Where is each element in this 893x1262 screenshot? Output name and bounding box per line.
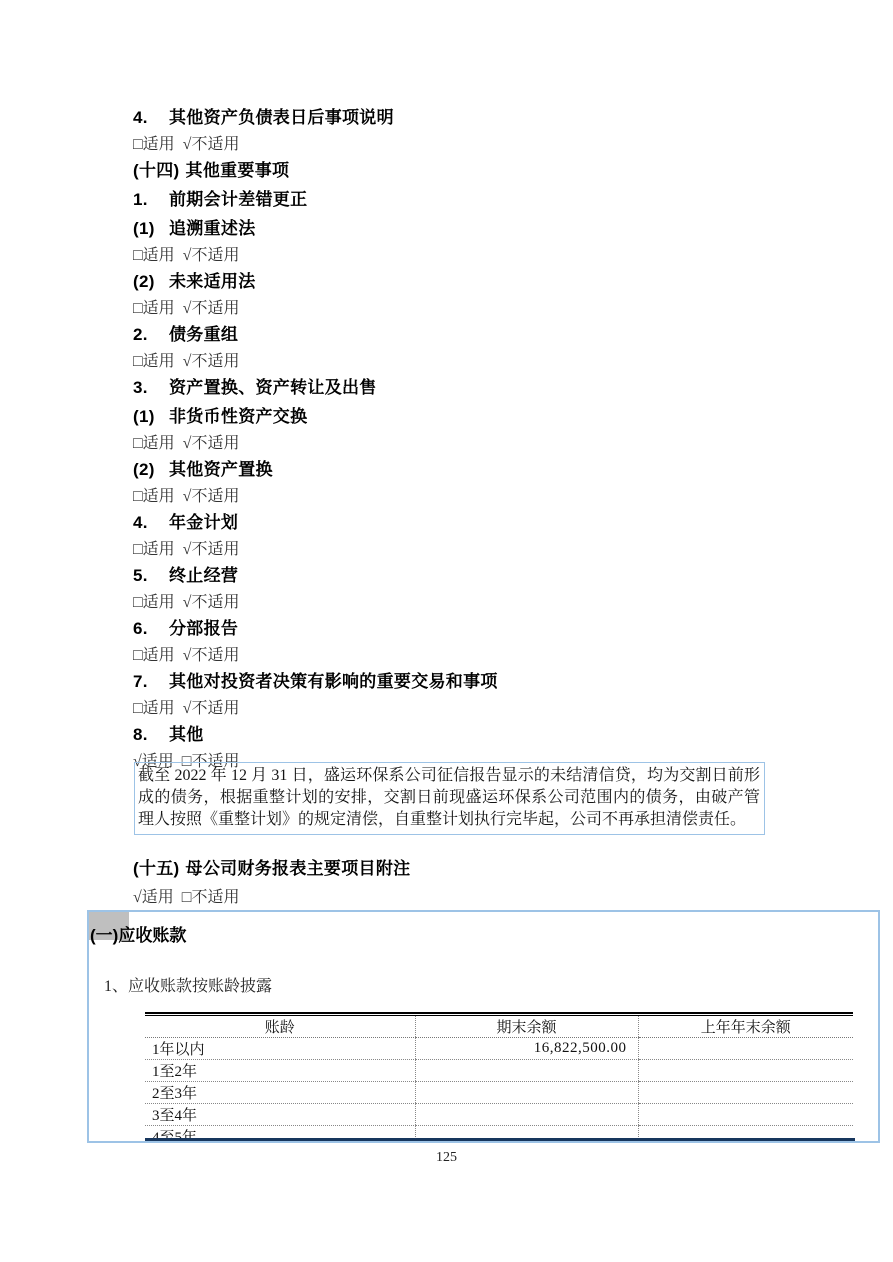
applicability-text: √适用 □不适用: [133, 889, 239, 906]
heading-text: 其他资产置换: [169, 460, 273, 479]
outline-heading: (1)追溯重述法: [133, 218, 869, 240]
applicability-line: □适用 √不适用: [133, 136, 869, 153]
applicability-text: □适用 √不适用: [133, 136, 239, 153]
receivables-section-box: (一)应收账款 1、应收账款按账龄披露 账龄期末余额上年年末余额 1年以内16,…: [87, 910, 880, 1143]
outline-heading: (2)未来适用法: [133, 271, 869, 293]
applicability-line: √适用 □不适用: [133, 889, 410, 906]
heading-number: 6.: [133, 618, 163, 640]
heading-text: 资产置换、资产转让及出售: [169, 378, 377, 397]
outline-heading: (2)其他资产置换: [133, 459, 869, 481]
document-page: 4.其他资产负债表日后事项说明□适用 √不适用(十四)其他重要事项1.前期会计差…: [0, 0, 893, 1262]
outline-heading: (十四)其他重要事项: [133, 160, 869, 182]
heading-text: 债务重组: [169, 325, 238, 344]
applicability-text: □适用 √不适用: [133, 594, 239, 611]
outline-heading: 4.年金计划: [133, 512, 869, 534]
heading-number: (十五): [133, 858, 180, 880]
applicability-line: □适用 √不适用: [133, 488, 869, 505]
page-number: 125: [0, 1150, 893, 1166]
heading-text: 其他对投资者决策有影响的重要交易和事项: [169, 672, 498, 691]
heading-number: 4.: [133, 512, 163, 534]
ageing-table-header-row: 账龄期末余额上年年末余额: [145, 1016, 853, 1038]
applicability-line: □适用 √不适用: [133, 353, 869, 370]
applicability-line: □适用 √不适用: [133, 247, 869, 264]
column-header: 账龄: [145, 1016, 415, 1038]
note-box: 截至 2022 年 12 月 31 日，盛运环保系公司征信报告显示的未结清信贷，…: [134, 762, 765, 835]
amount-cell: [638, 1038, 853, 1060]
heading-number: 5.: [133, 565, 163, 587]
column-header: 期末余额: [415, 1016, 638, 1038]
amount-cell: [638, 1104, 853, 1126]
section-15: (十五)母公司财务报表主要项目附注 √适用 □不适用: [133, 851, 410, 913]
applicability-text: □适用 √不适用: [133, 247, 239, 264]
outline-heading: 8.其他: [133, 724, 869, 746]
heading-number: (1): [133, 406, 163, 428]
outline-heading: 6.分部报告: [133, 618, 869, 640]
table-row: 1年以内16,822,500.00: [145, 1038, 853, 1060]
heading-text: 分部报告: [169, 619, 238, 638]
column-header: 上年年末余额: [638, 1016, 853, 1038]
amount-cell: [638, 1060, 853, 1082]
heading-number: 7.: [133, 671, 163, 693]
applicability-text: □适用 √不适用: [133, 300, 239, 317]
amount-cell: [638, 1082, 853, 1104]
amount-cell: [415, 1082, 638, 1104]
amount-cell: [415, 1104, 638, 1126]
heading-number: 8.: [133, 724, 163, 746]
heading-number: (2): [133, 459, 163, 481]
ageing-table-wrap: 账龄期末余额上年年末余额 1年以内16,822,500.001至2年2至3年3至…: [145, 1012, 853, 1143]
heading-text: 年金计划: [169, 513, 238, 532]
ageing-table-body: 1年以内16,822,500.001至2年2至3年3至4年4至5年: [145, 1038, 853, 1144]
heading-text: 其他资产负债表日后事项说明: [169, 108, 394, 127]
applicability-text: □适用 √不适用: [133, 435, 239, 452]
applicability-line: □适用 √不适用: [133, 435, 869, 452]
applicability-text: □适用 √不适用: [133, 488, 239, 505]
heading-number: 4.: [133, 107, 163, 129]
heading-number: 1.: [133, 189, 163, 211]
applicability-line: □适用 √不适用: [133, 300, 869, 317]
outline-heading: 5.终止经营: [133, 565, 869, 587]
note-text: 截至 2022 年 12 月 31 日，盛运环保系公司征信报告显示的未结清信贷，…: [138, 767, 760, 828]
ageing-table: 账龄期末余额上年年末余额 1年以内16,822,500.001至2年2至3年3至…: [145, 1015, 853, 1143]
heading-text: 非货币性资产交换: [169, 407, 307, 426]
outline-heading: 4.其他资产负债表日后事项说明: [133, 107, 869, 129]
applicability-text: □适用 √不适用: [133, 700, 239, 717]
heading-text: 追溯重述法: [169, 219, 256, 238]
applicability-line: □适用 √不适用: [133, 647, 869, 664]
amount-cell: 16,822,500.00: [415, 1038, 638, 1060]
applicability-text: □适用 √不适用: [133, 647, 239, 664]
outline-heading: (1)非货币性资产交换: [133, 406, 869, 428]
applicability-line: □适用 √不适用: [133, 594, 869, 611]
table-row: 3至4年: [145, 1104, 853, 1126]
table-row: 1至2年: [145, 1060, 853, 1082]
heading-text: 母公司财务报表主要项目附注: [186, 859, 411, 878]
outline-heading: 1.前期会计差错更正: [133, 189, 869, 211]
outline-heading: 3.资产置换、资产转让及出售: [133, 377, 869, 399]
table-row: 2至3年: [145, 1082, 853, 1104]
heading-number: 3.: [133, 377, 163, 399]
receivables-title: (一)应收账款: [90, 921, 186, 946]
heading-number: 2.: [133, 324, 163, 346]
outline-heading: 2.债务重组: [133, 324, 869, 346]
amount-cell: [415, 1060, 638, 1082]
heading-text: 其他: [169, 725, 204, 744]
heading-text: 其他重要事项: [186, 161, 290, 180]
applicability-text: □适用 √不适用: [133, 353, 239, 370]
applicability-line: □适用 √不适用: [133, 700, 869, 717]
ageing-disclosure-subtitle: 1、应收账款按账龄披露: [104, 973, 272, 996]
ageing-bucket-cell: 2至3年: [145, 1082, 415, 1104]
applicability-text: □适用 √不适用: [133, 541, 239, 558]
applicability-line: □适用 √不适用: [133, 541, 869, 558]
outline-heading: 7.其他对投资者决策有影响的重要交易和事项: [133, 671, 869, 693]
section-15-heading: (十五)母公司财务报表主要项目附注: [133, 858, 410, 880]
table-clip-line: [145, 1138, 855, 1141]
ageing-bucket-cell: 3至4年: [145, 1104, 415, 1126]
heading-text: 前期会计差错更正: [169, 190, 307, 209]
heading-number: (十四): [133, 160, 180, 182]
heading-text: 终止经营: [169, 566, 238, 585]
ageing-bucket-cell: 1至2年: [145, 1060, 415, 1082]
heading-number: (2): [133, 271, 163, 293]
heading-text: 未来适用法: [169, 272, 256, 291]
heading-number: (1): [133, 218, 163, 240]
ageing-bucket-cell: 1年以内: [145, 1038, 415, 1060]
disclosure-outline: 4.其他资产负债表日后事项说明□适用 √不适用(十四)其他重要事项1.前期会计差…: [133, 100, 869, 777]
